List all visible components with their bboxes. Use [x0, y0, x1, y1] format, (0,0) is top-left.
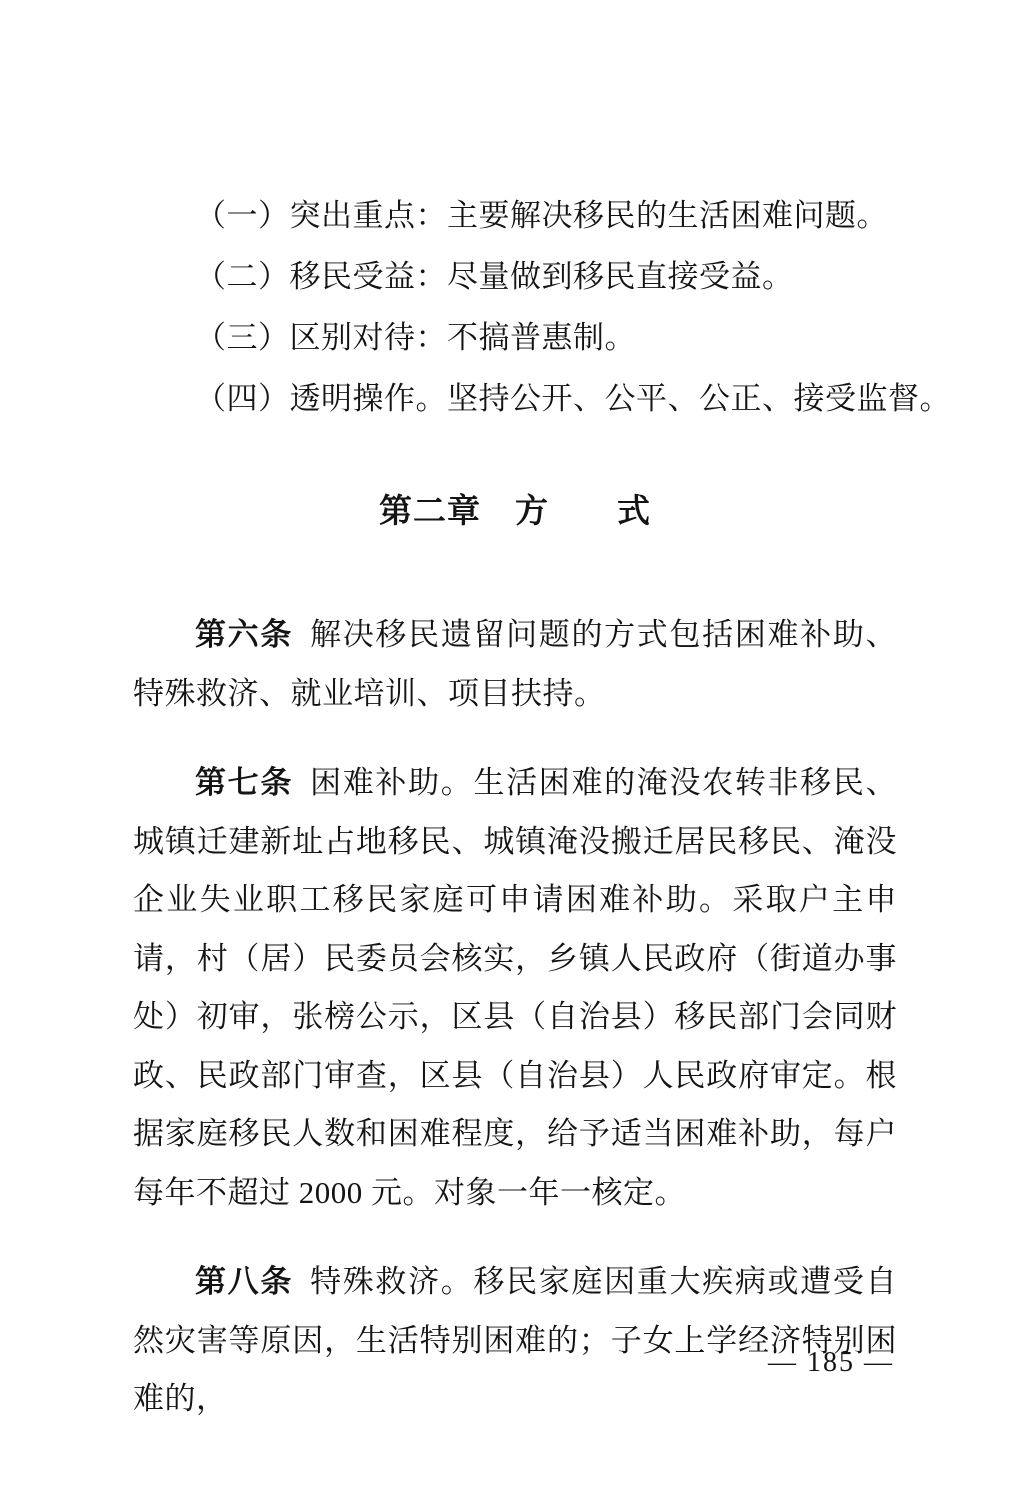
- guideline-item-2: （二）移民受益：尽量做到移民直接受益。: [133, 246, 897, 307]
- guideline-item-1: （一）突出重点：主要解决移民的生活困难问题。: [133, 185, 897, 246]
- page-number: — 185 —: [768, 1346, 894, 1380]
- guideline-list: （一）突出重点：主要解决移民的生活困难问题。 （二）移民受益：尽量做到移民直接受…: [133, 0, 897, 429]
- article-6-label: 第六条: [195, 617, 293, 652]
- article-6: 第六条解决移民遗留问题的方式包括困难补助、特殊救济、就业培训、项目扶持。: [133, 606, 897, 723]
- guideline-item-3: （三）区别对待：不搞普惠制。: [133, 307, 897, 368]
- article-8: 第八条特殊救济。移民家庭因重大疾病或遭受自然灾害等原因，生活特别困难的；子女上学…: [133, 1253, 897, 1429]
- guideline-item-4: （四）透明操作。坚持公开、公平、公正、接受监督。: [133, 368, 897, 429]
- chapter-heading: 第二章 方 式: [133, 486, 897, 536]
- article-7-body: 困难补助。生活困难的淹没农转非移民、城镇迁建新址占地移民、城镇淹没搬迁居民移民、…: [133, 765, 897, 1210]
- document-page: （一）突出重点：主要解决移民的生活困难问题。 （二）移民受益：尽量做到移民直接受…: [0, 0, 1027, 1488]
- article-8-label: 第八条: [195, 1264, 293, 1299]
- article-7-label: 第七条: [195, 765, 293, 800]
- document-content: （一）突出重点：主要解决移民的生活困难问题。 （二）移民受益：尽量做到移民直接受…: [133, 0, 897, 1460]
- article-7: 第七条困难补助。生活困难的淹没农转非移民、城镇迁建新址占地移民、城镇淹没搬迁居民…: [133, 754, 897, 1222]
